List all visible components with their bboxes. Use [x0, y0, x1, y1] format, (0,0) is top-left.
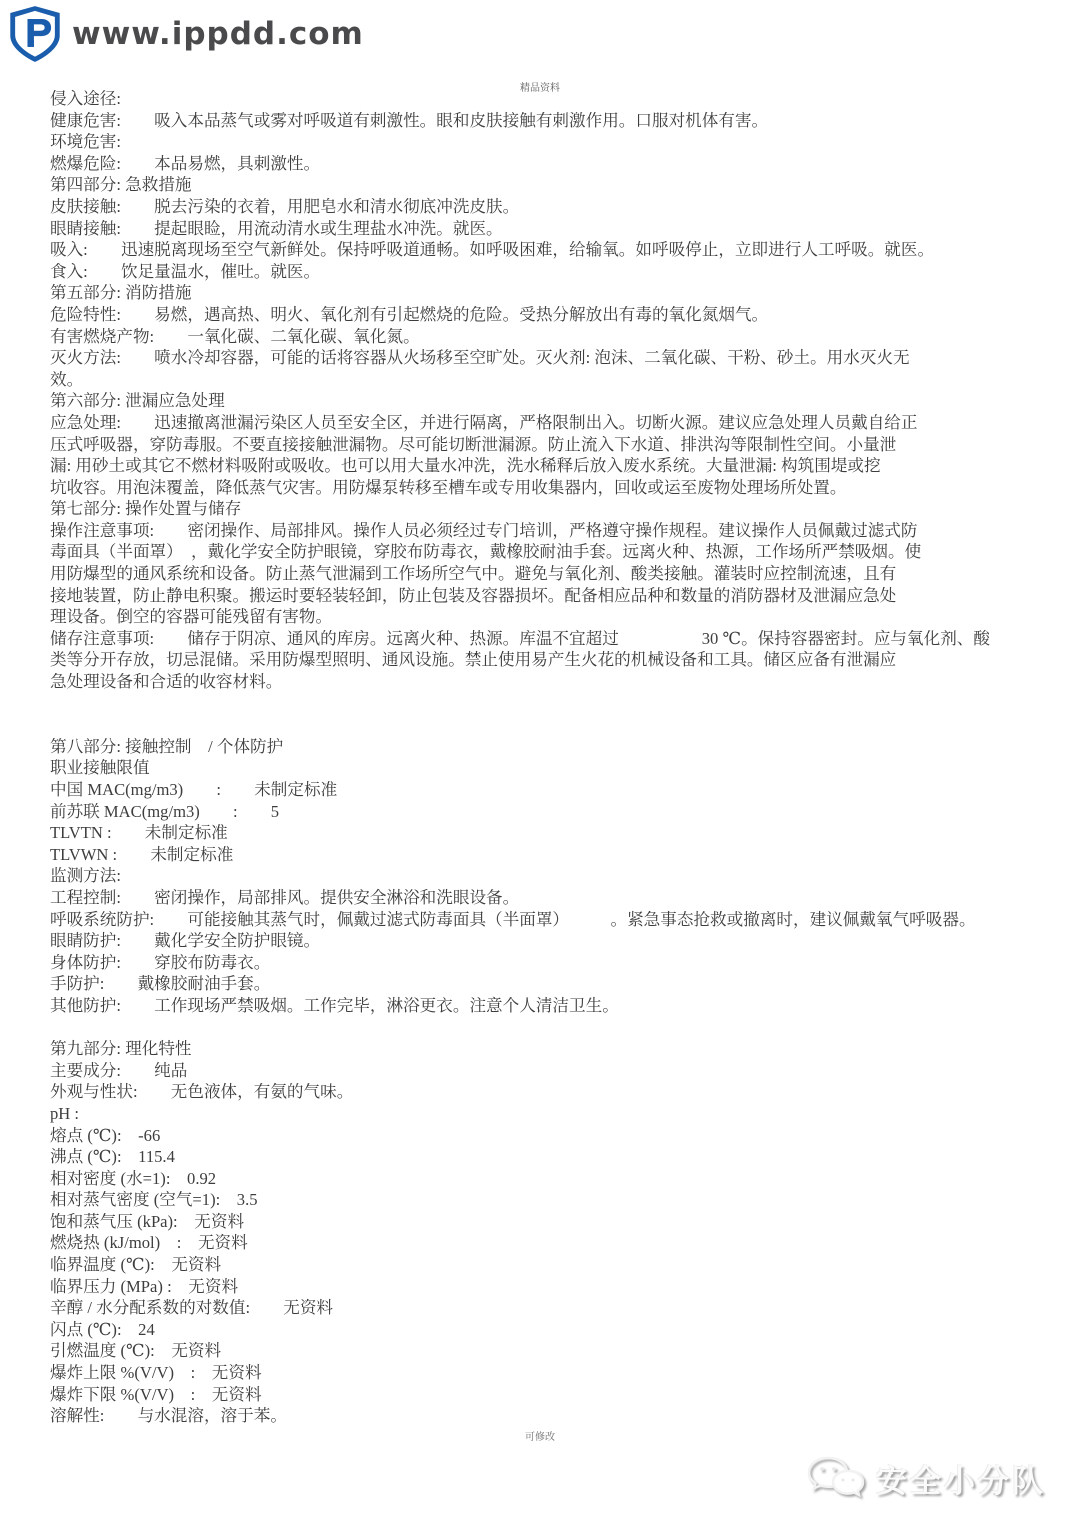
doc-line: 饱和蒸气压 (kPa): 无资料	[50, 1211, 1055, 1233]
doc-line: 理设备。倒空的容器可能残留有害物。	[50, 606, 1055, 628]
doc-line: 第五部分: 消防措施	[50, 282, 1055, 304]
doc-line: 侵入途径:	[50, 88, 1055, 110]
doc-line: TLVTN : 未制定标准	[50, 822, 1055, 844]
doc-line: 职业接触限值	[50, 757, 1055, 779]
doc-line: 急处理设备和合适的收容材料。	[50, 671, 1055, 693]
doc-line: 外观与性状: 无色液体，有氨的气味。	[50, 1081, 1055, 1103]
doc-line: 健康危害: 吸入本品蒸气或雾对呼吸道有刺激性。眼和皮肤接触有刺激作用。口服对机体…	[50, 110, 1055, 132]
doc-line: 主要成分: 纯品	[50, 1060, 1055, 1082]
doc-line: 效。	[50, 369, 1055, 391]
doc-line: 应急处理: 迅速撤离泄漏污染区人员至安全区，并进行隔离，严格限制出入。切断火源。…	[50, 412, 1055, 434]
doc-line: 压式呼吸器，穿防毒服。不要直接接触泄漏物。尽可能切断泄漏源。防止流入下水道、排洪…	[50, 434, 1055, 456]
doc-line: 第七部分: 操作处置与储存	[50, 498, 1055, 520]
doc-line: pH :	[50, 1103, 1055, 1125]
doc-line: 第四部分: 急救措施	[50, 174, 1055, 196]
doc-line: 辛醇 / 水分配系数的对数值: 无资料	[50, 1297, 1055, 1319]
wechat-icon	[804, 1455, 866, 1501]
doc-line: 其他防护: 工作现场严禁吸烟。工作完毕，淋浴更衣。注意个人清洁卫生。	[50, 995, 1055, 1017]
doc-line: 有害燃烧产物: 一氧化碳、二氧化碳、氧化氮。	[50, 326, 1055, 348]
doc-line: 灭火方法: 喷水冷却容器，可能的话将容器从火场移至空旷处。灭火剂: 泡沫、二氧化…	[50, 347, 1055, 369]
doc-line: 眼睛防护: 戴化学安全防护眼镜。	[50, 930, 1055, 952]
doc-line: 漏: 用砂土或其它不燃材料吸附或吸收。也可以用大量水冲洗，洗水稀释后放入废水系统…	[50, 455, 1055, 477]
doc-line: 第六部分: 泄漏应急处理	[50, 390, 1055, 412]
doc-line: 第九部分: 理化特性	[50, 1038, 1055, 1060]
doc-line: 临界压力 (MPa) : 无资料	[50, 1276, 1055, 1298]
doc-line: 监测方法:	[50, 865, 1055, 887]
doc-line	[50, 714, 1055, 736]
site-url-text: www.ippdd.com	[72, 16, 364, 52]
shield-p-icon	[8, 5, 62, 63]
msds-document-page: www.ippdd.com 精品资料 侵入途径:健康危害: 吸入本品蒸气或雾对呼…	[0, 0, 1080, 1528]
doc-line: 用防爆型的通风系统和设备。防止蒸气泄漏到工作场所空气中。避免与氧化剂、酸类接触。…	[50, 563, 1055, 585]
doc-line: 食入: 饮足量温水，催吐。就医。	[50, 261, 1055, 283]
document-body: 侵入途径:健康危害: 吸入本品蒸气或雾对呼吸道有刺激性。眼和皮肤接触有刺激作用。…	[50, 88, 1055, 1427]
doc-line: 身体防护: 穿胶布防毒衣。	[50, 952, 1055, 974]
doc-line: 爆炸上限 %(V/V) : 无资料	[50, 1362, 1055, 1384]
doc-line: 相对密度 (水=1): 0.92	[50, 1168, 1055, 1190]
doc-line: 临界温度 (℃): 无资料	[50, 1254, 1055, 1276]
doc-line: 环境危害:	[50, 131, 1055, 153]
doc-line: 熔点 (℃): -66	[50, 1125, 1055, 1147]
doc-line: 坑收容。用泡沫覆盖，降低蒸气灾害。用防爆泵转移至槽车或专用收集器内，回收或运至废…	[50, 477, 1055, 499]
doc-line: 毒面具（半面罩） ，戴化学安全防护眼镜，穿胶布防毒衣，戴橡胶耐油手套。远离火种、…	[50, 541, 1055, 563]
doc-line: TLVWN : 未制定标准	[50, 844, 1055, 866]
doc-line: 沸点 (℃): 115.4	[50, 1146, 1055, 1168]
footer-note: 可修改	[0, 1428, 1080, 1443]
doc-line: 皮肤接触: 脱去污染的衣着，用肥皂水和清水彻底冲洗皮肤。	[50, 196, 1055, 218]
doc-line: 储存注意事项: 储存于阴凉、通风的库房。远离火种、热源。库温不宜超过 30 ℃。…	[50, 628, 1055, 650]
doc-line: 工程控制: 密闭操作，局部排风。提供安全淋浴和洗眼设备。	[50, 887, 1055, 909]
doc-line: 闪点 (℃): 24	[50, 1319, 1055, 1341]
doc-line: 中国 MAC(mg/m3) : 未制定标准	[50, 779, 1055, 801]
doc-line: 眼睛接触: 提起眼睑，用流动清水或生理盐水冲洗。就医。	[50, 218, 1055, 240]
doc-line: 相对蒸气密度 (空气=1): 3.5	[50, 1189, 1055, 1211]
doc-line: 第八部分: 接触控制 / 个体防护	[50, 736, 1055, 758]
doc-line: 引燃温度 (℃): 无资料	[50, 1340, 1055, 1362]
doc-line: 燃爆危险: 本品易燃，具刺激性。	[50, 153, 1055, 175]
site-logo: www.ippdd.com	[8, 5, 364, 63]
watermark-text: 安全小分队	[876, 1456, 1046, 1501]
doc-line: 危险特性: 易燃，遇高热、明火、氧化剂有引起燃烧的危险。受热分解放出有毒的氧化氮…	[50, 304, 1055, 326]
doc-line	[50, 693, 1055, 715]
doc-line: 燃烧热 (kJ/mol) : 无资料	[50, 1232, 1055, 1254]
doc-line: 爆炸下限 %(V/V) : 无资料	[50, 1384, 1055, 1406]
watermark: 安全小分队	[804, 1455, 1046, 1501]
doc-line: 手防护: 戴橡胶耐油手套。	[50, 973, 1055, 995]
doc-line: 类等分开存放，切忌混储。采用防爆型照明、通风设施。禁止使用易产生火花的机械设备和…	[50, 649, 1055, 671]
doc-line: 溶解性: 与水混溶，溶于苯。	[50, 1405, 1055, 1427]
doc-line: 呼吸系统防护: 可能接触其蒸气时，佩戴过滤式防毒面具（半面罩） 。紧急事态抢救或…	[50, 909, 1055, 931]
doc-line: 吸入: 迅速脱离现场至空气新鲜处。保持呼吸道通畅。如呼吸困难，给输氧。如呼吸停止…	[50, 239, 1055, 261]
doc-line: 接地装置，防止静电积聚。搬运时要轻装轻卸，防止包装及容器损坏。配备相应品种和数量…	[50, 585, 1055, 607]
doc-line: 前苏联 MAC(mg/m3) : 5	[50, 801, 1055, 823]
doc-line: 操作注意事项: 密闭操作、局部排风。操作人员必须经过专门培训，严格遵守操作规程。…	[50, 520, 1055, 542]
doc-line	[50, 1017, 1055, 1039]
